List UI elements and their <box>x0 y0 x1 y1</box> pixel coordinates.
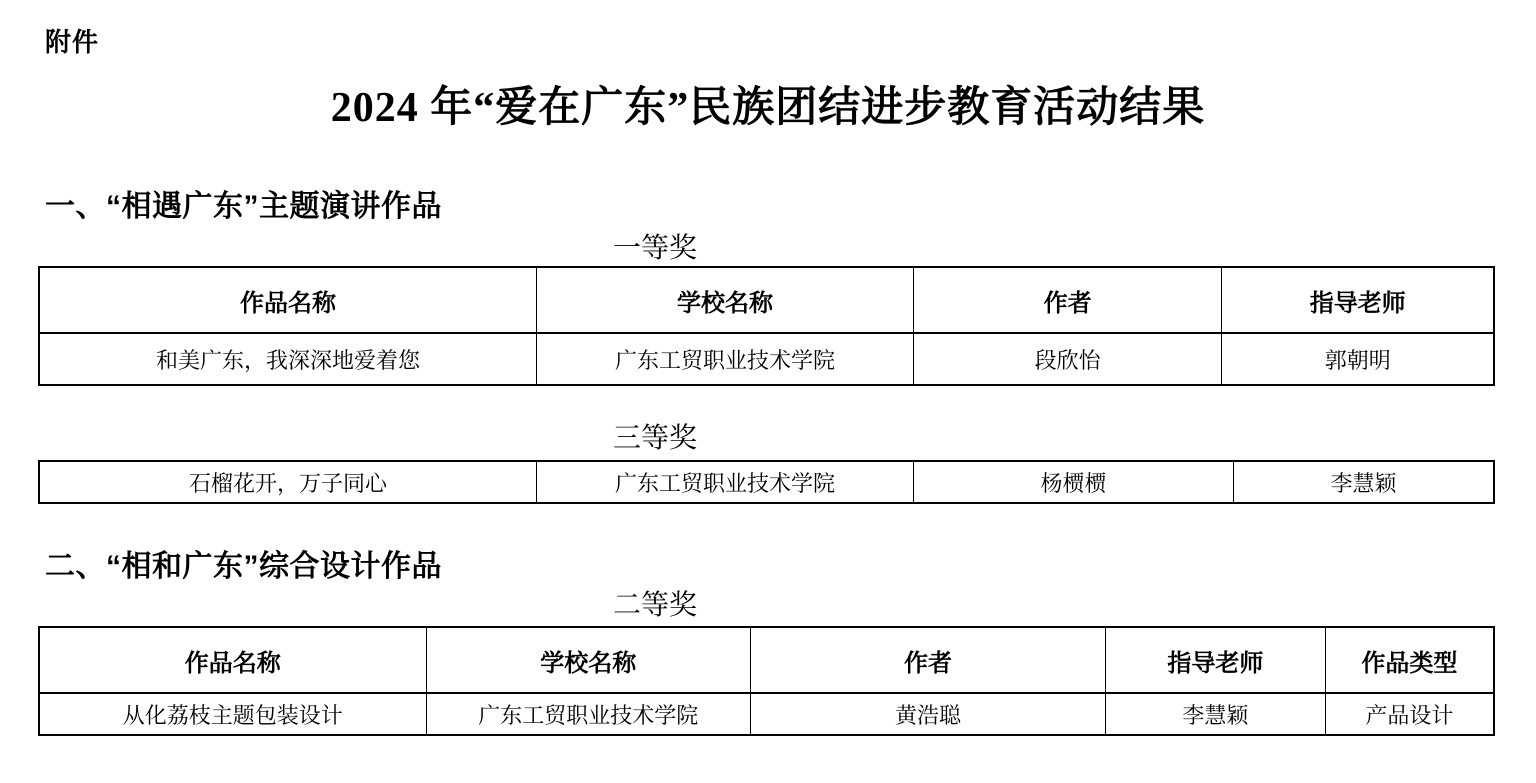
third-prize-table: 石榴花开，万子同心 广东工贸职业技术学院 杨槚槚 李慧颖 <box>38 460 1495 504</box>
third-prize-label: 三等奖 <box>0 416 1310 456</box>
section-1-heading: 一、“相遇广东”主题演讲作品 <box>45 181 442 225</box>
table-row: 石榴花开，万子同心 广东工贸职业技术学院 杨槚槚 李慧颖 <box>39 461 1494 503</box>
column-header-author: 作者 <box>913 267 1221 333</box>
column-header-advisor: 指导老师 <box>1222 267 1494 333</box>
table-header-row: 作品名称 学校名称 作者 指导老师 <box>39 267 1494 333</box>
second-prize-label: 二等奖 <box>0 583 1310 623</box>
first-prize-table: 作品名称 学校名称 作者 指导老师 和美广东，我深深地爱着您 广东工贸职业技术学… <box>38 266 1495 386</box>
first-prize-label: 一等奖 <box>0 226 1310 266</box>
column-header-work-name: 作品名称 <box>39 267 537 333</box>
second-prize-table: 作品名称 学校名称 作者 指导老师 作品类型 从化荔枝主题包装设计 广东工贸职业… <box>38 626 1495 736</box>
table-row: 从化荔枝主题包装设计 广东工贸职业技术学院 黄浩聪 李慧颖 产品设计 <box>39 693 1494 735</box>
column-header-work-type: 作品类型 <box>1325 627 1494 693</box>
page-title: 2024 年“爱在广东”民族团结进步教育活动结果 <box>0 74 1536 134</box>
cell-school-name: 广东工贸职业技术学院 <box>537 333 914 385</box>
cell-work-name: 从化荔枝主题包装设计 <box>39 693 426 735</box>
column-header-school-name: 学校名称 <box>426 627 750 693</box>
column-header-author: 作者 <box>750 627 1105 693</box>
cell-school-name: 广东工贸职业技术学院 <box>426 693 750 735</box>
cell-school-name: 广东工贸职业技术学院 <box>537 461 914 503</box>
table-header-row: 作品名称 学校名称 作者 指导老师 作品类型 <box>39 627 1494 693</box>
cell-advisor: 李慧颖 <box>1105 693 1325 735</box>
cell-work-type: 产品设计 <box>1325 693 1494 735</box>
cell-advisor: 郭朝明 <box>1222 333 1494 385</box>
cell-author: 杨槚槚 <box>913 461 1233 503</box>
cell-work-name: 和美广东，我深深地爱着您 <box>39 333 537 385</box>
cell-work-name: 石榴花开，万子同心 <box>39 461 537 503</box>
column-header-work-name: 作品名称 <box>39 627 426 693</box>
cell-author: 黄浩聪 <box>750 693 1105 735</box>
section-2-heading: 二、“相和广东”综合设计作品 <box>45 541 442 585</box>
table-row: 和美广东，我深深地爱着您 广东工贸职业技术学院 段欣怡 郭朝明 <box>39 333 1494 385</box>
attachment-label: 附件 <box>45 22 99 59</box>
column-header-advisor: 指导老师 <box>1105 627 1325 693</box>
column-header-school-name: 学校名称 <box>537 267 914 333</box>
cell-advisor: 李慧颖 <box>1234 461 1494 503</box>
cell-author: 段欣怡 <box>913 333 1221 385</box>
